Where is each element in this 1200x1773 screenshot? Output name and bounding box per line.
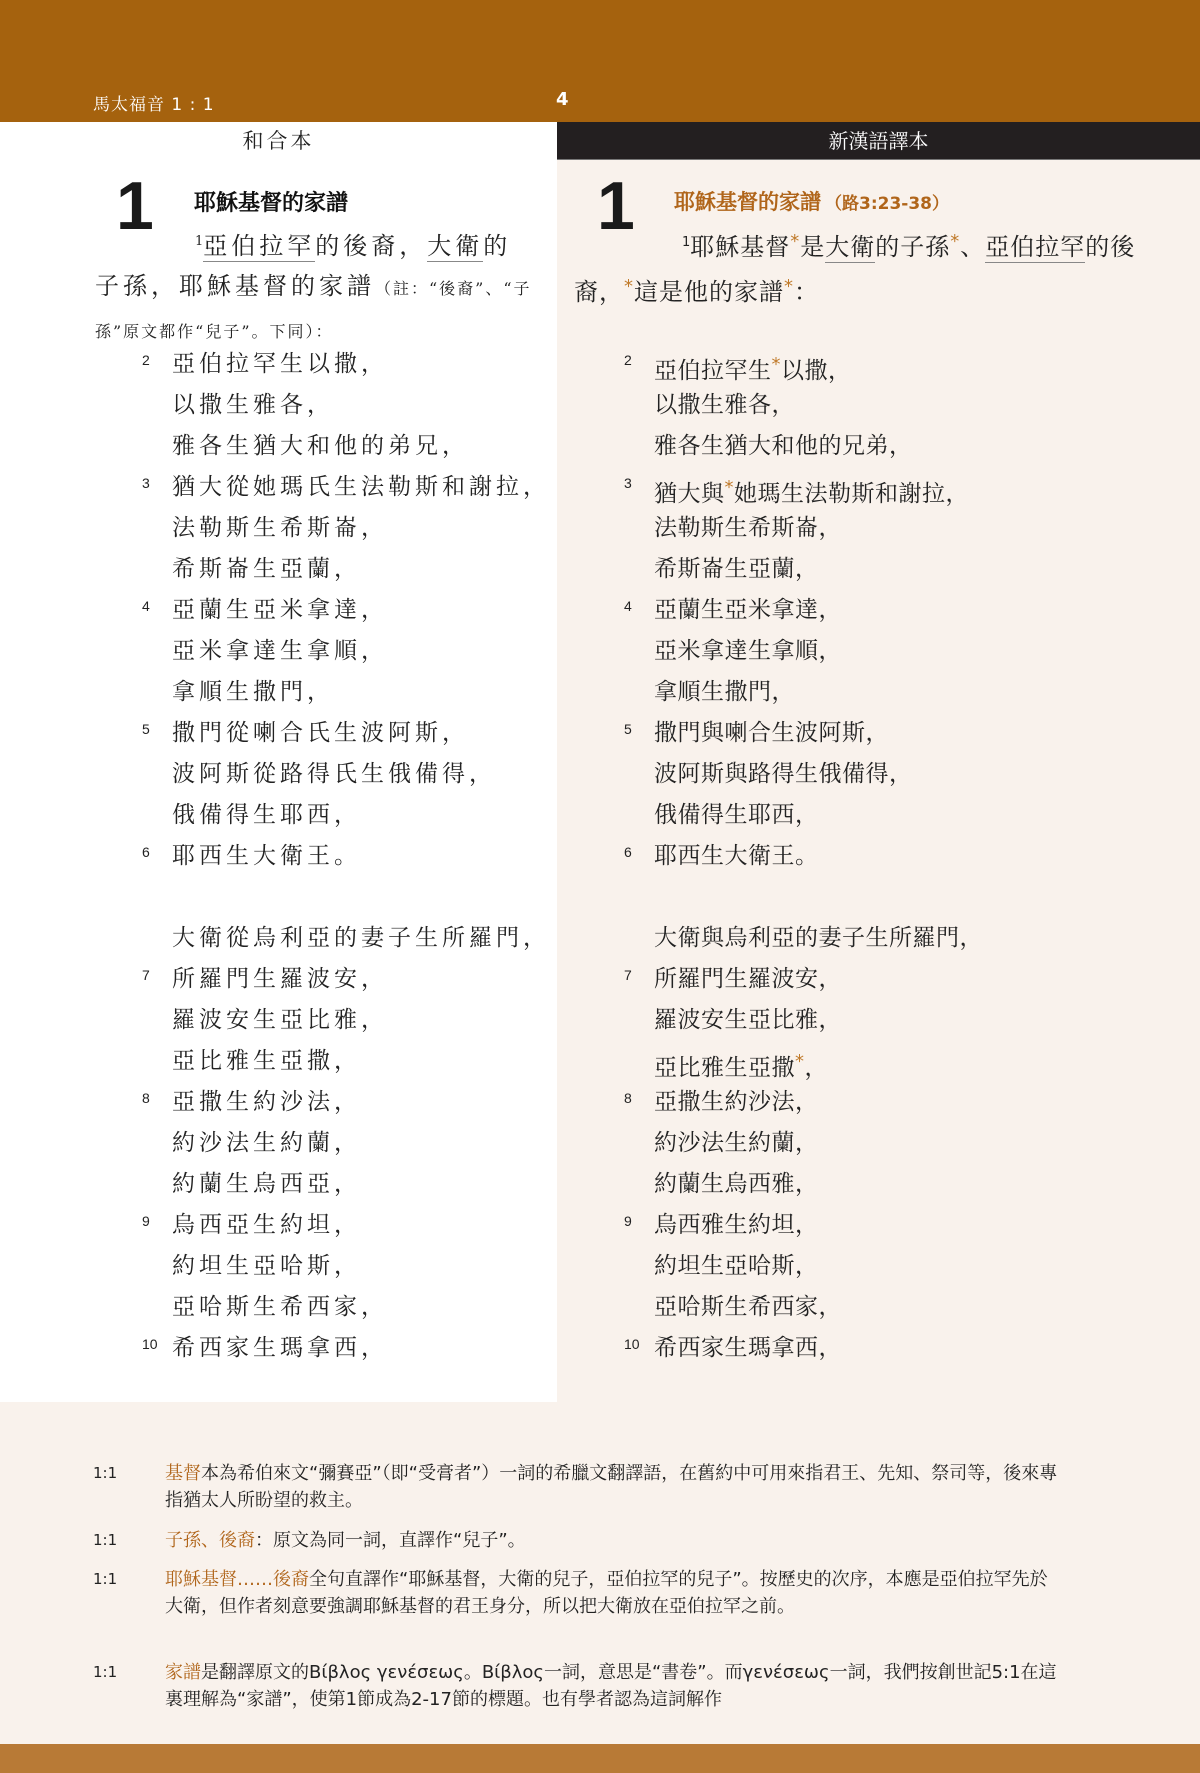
verse-line: 約沙法生約蘭，: [622, 1123, 983, 1164]
verse-line: 3猶大從她瑪氏生法勒斯和謝拉，: [140, 467, 550, 508]
footnote-marker[interactable]: *: [795, 1051, 805, 1072]
verse-line: 希斯崙生亞蘭，: [622, 549, 983, 590]
verse-line: 羅波安生亞比雅，: [140, 1000, 550, 1041]
verse-text: 耶西生大衛王。: [654, 843, 819, 869]
verse-text: 希斯崙生亞蘭，: [172, 556, 361, 582]
verse-text: 約蘭生烏西雅，: [654, 1171, 819, 1197]
verse-text: 以撒，: [781, 358, 852, 384]
verse-line: 以撒生雅各，: [140, 385, 550, 426]
verse-text: 亞蘭生亞米拿達，: [172, 597, 388, 623]
verse-text: 烏西亞生約坦，: [172, 1212, 361, 1238]
verse-number: 3: [142, 463, 150, 504]
cross-reference[interactable]: （路3:23-38）: [825, 194, 949, 214]
verse-number: 3: [624, 463, 632, 504]
verse-line: 拿順生撒門，: [140, 672, 550, 713]
verse-text: 拿順生撒門，: [172, 679, 334, 705]
footnote-item: 1:1 家譜是翻譯原文的Βίβλος γενέσεως。Βίβλος一詞，意思是…: [93, 1659, 1093, 1713]
footnote-item: 1:1 耶穌基督……後裔全句直譯作“耶穌基督，大衛的兒子，亞伯拉罕的兒子”。按歷…: [93, 1566, 1093, 1620]
genealogy-lines-cuv: 2亞伯拉罕生以撒，以撒生雅各，雅各生猶大和他的弟兄，3猶大從她瑪氏生法勒斯和謝拉…: [140, 344, 550, 1369]
verse-line: 3猶大與*她瑪生法勒斯和謝拉，: [622, 467, 983, 508]
verse-number: 10: [142, 1324, 158, 1365]
verse-text: 她瑪生法勒斯和謝拉，: [734, 481, 969, 507]
verse-text: 猶大從她瑪氏生法勒斯和謝拉，: [172, 474, 550, 500]
verse-line: 亞比雅生亞撒*，: [622, 1041, 983, 1082]
footnote-term: 家譜: [165, 1662, 201, 1683]
verse-text: 羅波安生亞比雅，: [172, 1007, 388, 1033]
verse-text: 希西家生瑪拿西，: [172, 1335, 388, 1361]
verse-number: 8: [142, 1078, 150, 1119]
verse-line: 希斯崙生亞蘭，: [140, 549, 550, 590]
verse-line: 羅波安生亞比雅，: [622, 1000, 983, 1041]
verse-text: 約坦生亞哈斯，: [654, 1253, 819, 1279]
footnote-ref: 1:1: [93, 1460, 117, 1487]
verse-text: 亞蘭生亞米拿達，: [654, 597, 842, 623]
verse-line: 亞哈斯生希西家，: [140, 1287, 550, 1328]
footnote-term: 耶穌基督……後裔: [165, 1569, 309, 1590]
verse-line: 7所羅門生羅波安，: [140, 959, 550, 1000]
verse-number: 6: [624, 832, 632, 873]
verse-text: 烏西雅生約坦，: [654, 1212, 819, 1238]
verse-text: 亞米拿達生拿順，: [654, 638, 842, 664]
top-header-bar: 馬太福音 1 : 1 4: [0, 0, 1200, 122]
footnote-ref: 1:1: [93, 1659, 117, 1686]
verse-number: 5: [624, 709, 632, 750]
verse-line: 2亞伯拉罕生*以撒，: [622, 344, 983, 385]
verse-1: 1亞伯拉罕的後裔，大衛的子孫，耶穌基督的家譜（註：“後裔”、“子孫”原文都作“兒…: [95, 222, 535, 352]
verse-line: 10希西家生瑪拿西，: [622, 1328, 983, 1369]
footnote-term: 基督: [165, 1463, 201, 1484]
verse-line: 法勒斯生希斯崙，: [622, 508, 983, 549]
verse-text: 俄備得生耶西，: [654, 802, 819, 828]
verse-text: 波阿斯從路得氏生俄備得，: [172, 761, 496, 787]
verse-text: ，: [805, 1055, 829, 1081]
verse-line: [140, 877, 550, 918]
running-head: 馬太福音 1 : 1: [93, 90, 215, 115]
verse-text: 所羅門生羅波安，: [654, 966, 842, 992]
section-title: 耶穌基督的家譜（路3:23-38）: [674, 186, 949, 216]
verse-line: 約蘭生烏西亞，: [140, 1164, 550, 1205]
verse-line: 俄備得生耶西，: [622, 795, 983, 836]
footnote-marker[interactable]: *: [725, 477, 735, 498]
verse-text: 亞撒生約沙法，: [654, 1089, 819, 1115]
verse-line: 6耶西生大衛王。: [140, 836, 550, 877]
verse-1: 1耶穌基督*是大衛的子孫*、亞伯拉罕的後裔，*這是他的家譜*：: [574, 222, 1144, 312]
verse-text: 大衛與烏利亞的妻子生所羅門，: [654, 925, 983, 951]
verse-number: 2: [624, 340, 632, 381]
verse-text: 希斯崙生亞蘭，: [654, 556, 819, 582]
verse-line: 4亞蘭生亞米拿達，: [622, 590, 983, 631]
verse-text: 以撒生雅各，: [654, 392, 795, 418]
verse-line: 10希西家生瑪拿西，: [140, 1328, 550, 1369]
verse-line: 2亞伯拉罕生以撒，: [140, 344, 550, 385]
footnote-marker[interactable]: *: [624, 276, 634, 297]
verse-line: 約沙法生約蘭，: [140, 1123, 550, 1164]
verse-line: 7所羅門生羅波安，: [622, 959, 983, 1000]
verse-line: 以撒生雅各，: [622, 385, 983, 426]
verse-text: 亞伯拉罕生以撒，: [172, 351, 388, 377]
verse-number: 9: [624, 1201, 632, 1242]
footnote-ref: 1:1: [93, 1566, 117, 1593]
verse-text: 法勒斯生希斯崙，: [172, 515, 388, 541]
verse-line: 亞哈斯生希西家，: [622, 1287, 983, 1328]
verse-number: 7: [624, 955, 632, 996]
version-label-cuv: 和合本: [0, 122, 557, 160]
verse-number: 4: [624, 586, 632, 627]
verse-text: 亞米拿達生拿順，: [172, 638, 388, 664]
verse-text: 亞伯拉罕生: [654, 358, 772, 384]
verse-text: 雅各生猶大和他的兄弟，: [654, 433, 913, 459]
verse-line: 法勒斯生希斯崙，: [140, 508, 550, 549]
page-number: 4: [556, 89, 569, 110]
verse-number: 4: [142, 586, 150, 627]
verse-line: 4亞蘭生亞米拿達，: [140, 590, 550, 631]
verse-line: 6耶西生大衛王。: [622, 836, 983, 877]
verse-number: 6: [142, 832, 150, 873]
footnote-marker[interactable]: *: [950, 231, 960, 252]
verse-text: 希西家生瑪拿西，: [654, 1335, 842, 1361]
verse-line: 大衛從烏利亞的妻子生所羅門，: [140, 918, 550, 959]
verse-line: 波阿斯從路得氏生俄備得，: [140, 754, 550, 795]
verse-text: 約沙法生約蘭，: [654, 1130, 819, 1156]
verse-line: 9烏西亞生約坦，: [140, 1205, 550, 1246]
verse-text: 亞哈斯生希西家，: [172, 1294, 388, 1320]
verse-text: 亞哈斯生希西家，: [654, 1294, 842, 1320]
verse-line: 8亞撒生約沙法，: [622, 1082, 983, 1123]
verse-text: 亞撒生約沙法，: [172, 1089, 361, 1115]
verse-text: 約蘭生烏西亞，: [172, 1171, 361, 1197]
footnote-item: 1:1 基督本為希伯來文“彌賽亞”（即“受膏者”）一詞的希臘文翻譯語，在舊約中可…: [93, 1460, 1093, 1514]
verse-text: 亞比雅生亞撒，: [172, 1048, 361, 1074]
verse-line: 大衛與烏利亞的妻子生所羅門，: [622, 918, 983, 959]
verse-number: 7: [142, 955, 150, 996]
verse-line: 5撒門從喇合氏生波阿斯，: [140, 713, 550, 754]
verse-text: 以撒生雅各，: [172, 392, 334, 418]
section-title: 耶穌基督的家譜: [194, 186, 348, 217]
verse-number: 2: [142, 340, 150, 381]
verse-line: 俄備得生耶西，: [140, 795, 550, 836]
cuv-column: 和合本 1 耶穌基督的家譜 1亞伯拉罕的後裔，大衛的子孫，耶穌基督的家譜（註：“…: [0, 122, 557, 1402]
verse-line: [622, 877, 983, 918]
verse-line: 約坦生亞哈斯，: [140, 1246, 550, 1287]
verse-text: 猶大與: [654, 481, 725, 507]
footnote-item: 1:1 子孫、後裔：原文為同一詞，直譯作“兒子”。: [93, 1527, 1093, 1554]
verse-line: 亞米拿達生拿順，: [622, 631, 983, 672]
verse-line: 拿順生撒門，: [622, 672, 983, 713]
verse-text: 所羅門生羅波安，: [172, 966, 388, 992]
verse-number: 8: [624, 1078, 632, 1119]
verse-line: 雅各生猶大和他的兄弟，: [622, 426, 983, 467]
footnotes: 1:1 基督本為希伯來文“彌賽亞”（即“受膏者”）一詞的希臘文翻譯語，在舊約中可…: [0, 1402, 1200, 1744]
footnote-ref: 1:1: [93, 1527, 117, 1554]
cnv-column: 新漢語譯本 1 耶穌基督的家譜（路3:23-38） 1耶穌基督*是大衛的子孫*、…: [557, 122, 1200, 1402]
footnote-marker[interactable]: *: [790, 231, 800, 252]
footnote-term: 子孫、後裔: [165, 1530, 255, 1551]
verse-text: 俄備得生耶西，: [172, 802, 361, 828]
verse-text: 亞比雅生亞撒: [654, 1055, 795, 1081]
verse-line: 約蘭生烏西雅，: [622, 1164, 983, 1205]
verse-line: 波阿斯與路得生俄備得，: [622, 754, 983, 795]
verse-line: 亞米拿達生拿順，: [140, 631, 550, 672]
verse-line: 雅各生猶大和他的弟兄，: [140, 426, 550, 467]
verse-text: 大衛從烏利亞的妻子生所羅門，: [172, 925, 550, 951]
verse-text: 耶西生大衛王。: [172, 843, 361, 869]
verse-text: 雅各生猶大和他的弟兄，: [172, 433, 469, 459]
footnote-marker[interactable]: *: [772, 354, 782, 375]
verse-line: 約坦生亞哈斯，: [622, 1246, 983, 1287]
verse-text: 撒門從喇合氏生波阿斯，: [172, 720, 469, 746]
footnote-marker[interactable]: *: [784, 276, 794, 297]
verse-line: 8亞撒生約沙法，: [140, 1082, 550, 1123]
verse-number: 5: [142, 709, 150, 750]
verse-text: 約坦生亞哈斯，: [172, 1253, 361, 1279]
version-label-cnv: 新漢語譯本: [557, 122, 1200, 160]
verse-text: 羅波安生亞比雅，: [654, 1007, 842, 1033]
verse-text: 法勒斯生希斯崙，: [654, 515, 842, 541]
verse-line: 5撒門與喇合生波阿斯，: [622, 713, 983, 754]
verse-line: 亞比雅生亞撒，: [140, 1041, 550, 1082]
bottom-bar: [0, 1744, 1200, 1773]
verse-text: 波阿斯與路得生俄備得，: [654, 761, 913, 787]
verse-text: 撒門與喇合生波阿斯，: [654, 720, 889, 746]
verse-text: 拿順生撒門，: [654, 679, 795, 705]
genealogy-lines-cnv: 2亞伯拉罕生*以撒，以撒生雅各，雅各生猶大和他的兄弟，3猶大與*她瑪生法勒斯和謝…: [622, 344, 983, 1369]
verse-line: 9烏西雅生約坦，: [622, 1205, 983, 1246]
verse-number: 9: [142, 1201, 150, 1242]
verse-text: 約沙法生約蘭，: [172, 1130, 361, 1156]
verse-number: 10: [624, 1324, 640, 1365]
